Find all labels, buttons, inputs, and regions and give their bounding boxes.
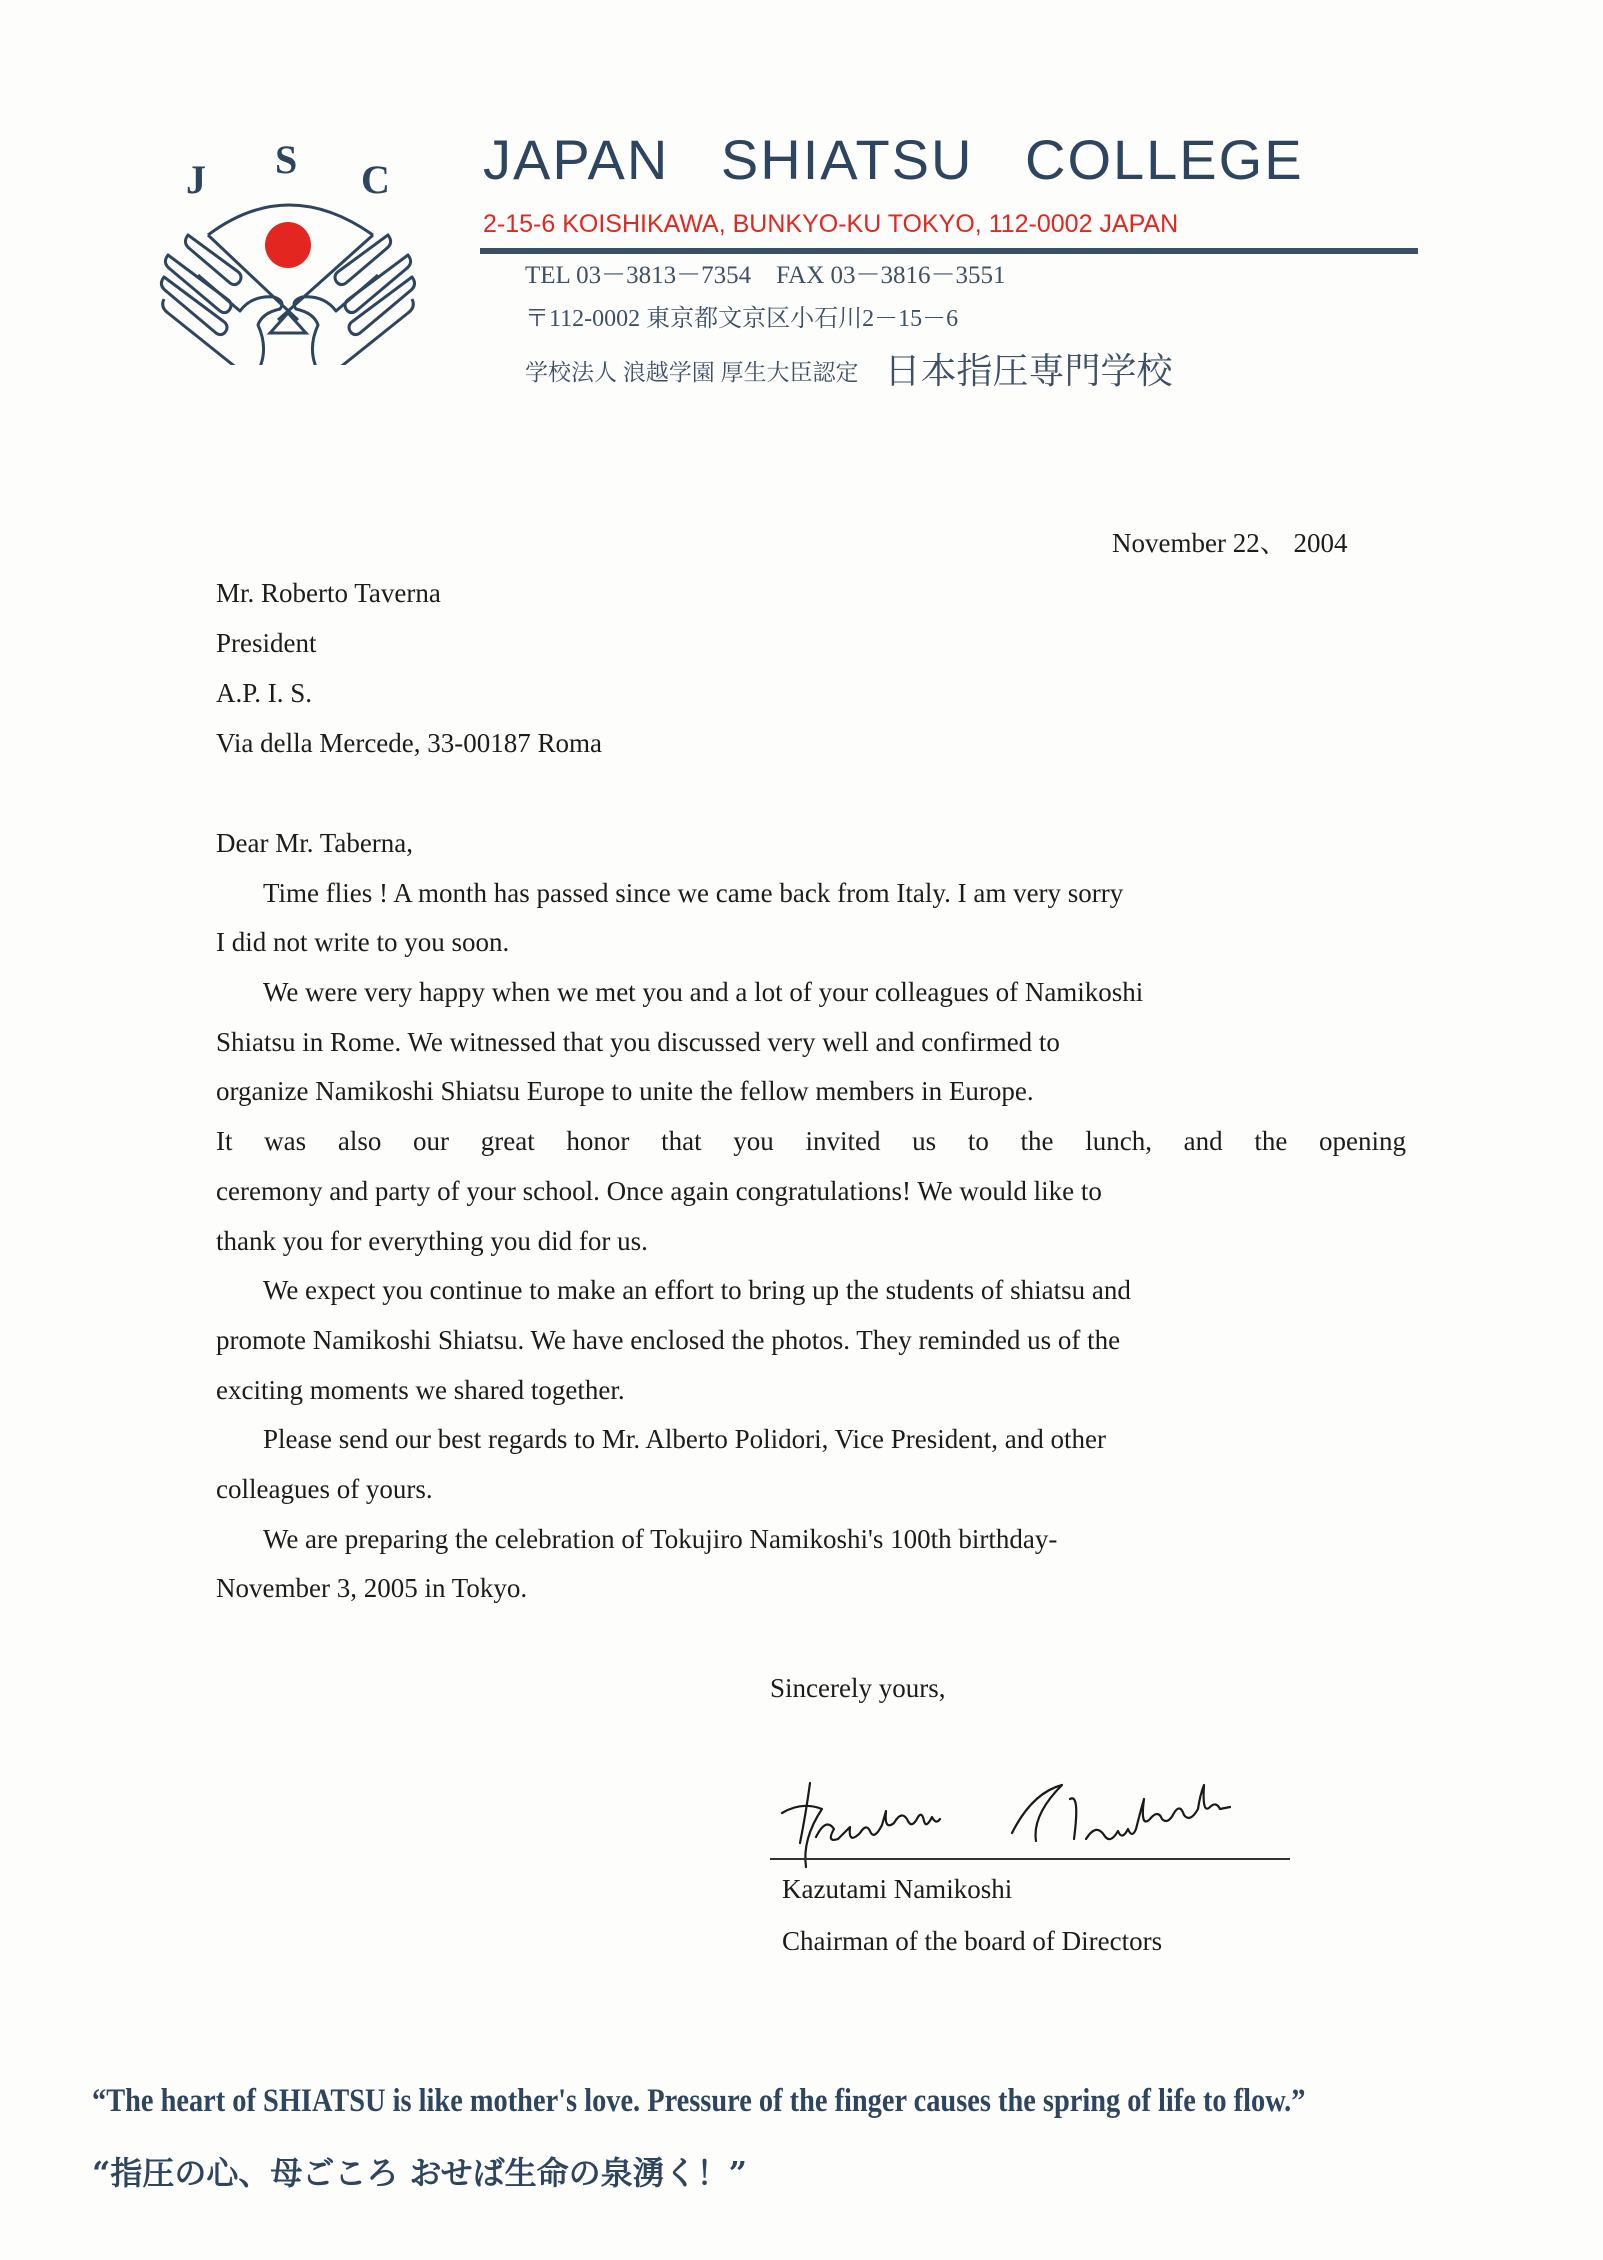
body-line: I did not write to you soon. — [216, 929, 1406, 979]
college-logo: J S C — [158, 135, 418, 365]
college-address-en: 2-15-6 KOISHIKAWA, BUNKYO-KU TOKYO, 112-… — [483, 212, 1178, 237]
recipient-address: Via della Mercede, 33-00187 Roma — [216, 730, 602, 780]
body-line: exciting moments we shared together. — [216, 1377, 1406, 1427]
body-line: November 3, 2005 in Tokyo. — [216, 1575, 1406, 1625]
body-line: We expect you continue to make an effort… — [216, 1277, 1406, 1327]
recipient-block: Mr. Roberto Taverna President A.P. I. S.… — [216, 580, 602, 780]
signer-name: Kazutami Namikoshi — [782, 1876, 1012, 1903]
motto-english: “The heart of SHIATSU is like mother's l… — [92, 2083, 1305, 2120]
svg-text:J: J — [186, 157, 206, 202]
tel-fax-line: TEL 03－3813－7354 FAX 03－3816－3551 — [525, 263, 1006, 288]
school-name-jp: 日本指圧専門学校 — [885, 351, 1173, 391]
motto-japanese: “指圧の心、母ごころ おせば生命の泉湧く！” — [92, 2148, 747, 2194]
body-line: thank you for everything you did for us. — [216, 1228, 1406, 1278]
signature-line — [770, 1858, 1290, 1860]
body-line: We are preparing the celebration of Toku… — [216, 1526, 1406, 1576]
body-line: It was also our great honor that you inv… — [216, 1128, 1406, 1178]
body-line: We were very happy when we met you and a… — [216, 979, 1406, 1029]
svg-text:S: S — [275, 137, 297, 182]
recipient-name: Mr. Roberto Taverna — [216, 580, 602, 630]
svg-text:C: C — [361, 157, 390, 202]
college-org-line: 学校法人 浪越学園 厚生大臣認定日本指圧専門学校 — [525, 350, 1173, 386]
body-line: ceremony and party of your school. Once … — [216, 1178, 1406, 1228]
salutation: Dear Mr. Taberna, — [216, 830, 1406, 880]
letter-body: Dear Mr. Taberna, Time flies ! A month h… — [216, 830, 1406, 1625]
signer-title: Chairman of the board of Directors — [782, 1928, 1162, 1955]
body-line: Time flies ! A month has passed since we… — [216, 880, 1406, 930]
closing: Sincerely yours, — [770, 1675, 945, 1702]
org-jp-text: 学校法人 浪越学園 厚生大臣認定 — [525, 360, 859, 385]
handwritten-signature — [770, 1775, 1310, 1870]
body-line: promote Namikoshi Shiatsu. We have enclo… — [216, 1327, 1406, 1377]
recipient-title: President — [216, 630, 602, 680]
body-line: Please send our best regards to Mr. Albe… — [216, 1426, 1406, 1476]
recipient-org: A.P. I. S. — [216, 680, 602, 730]
body-line: organize Namikoshi Shiatsu Europe to uni… — [216, 1078, 1406, 1128]
college-address-jp: 〒112-0002 東京都文京区小石川2－15－6 — [525, 307, 958, 331]
body-line: colleagues of yours. — [216, 1476, 1406, 1526]
letterhead-divider — [480, 248, 1418, 254]
hands-fan-logo-icon: J S C — [158, 135, 418, 365]
body-paragraphs: Time flies ! A month has passed since we… — [216, 880, 1406, 1625]
college-name: JAPAN SHIATSU COLLEGE — [483, 132, 1304, 188]
letter-date: November 22、 2004 — [1112, 530, 1347, 557]
signature-icon — [770, 1775, 1310, 1870]
body-line: Shiatsu in Rome. We witnessed that you d… — [216, 1029, 1406, 1079]
